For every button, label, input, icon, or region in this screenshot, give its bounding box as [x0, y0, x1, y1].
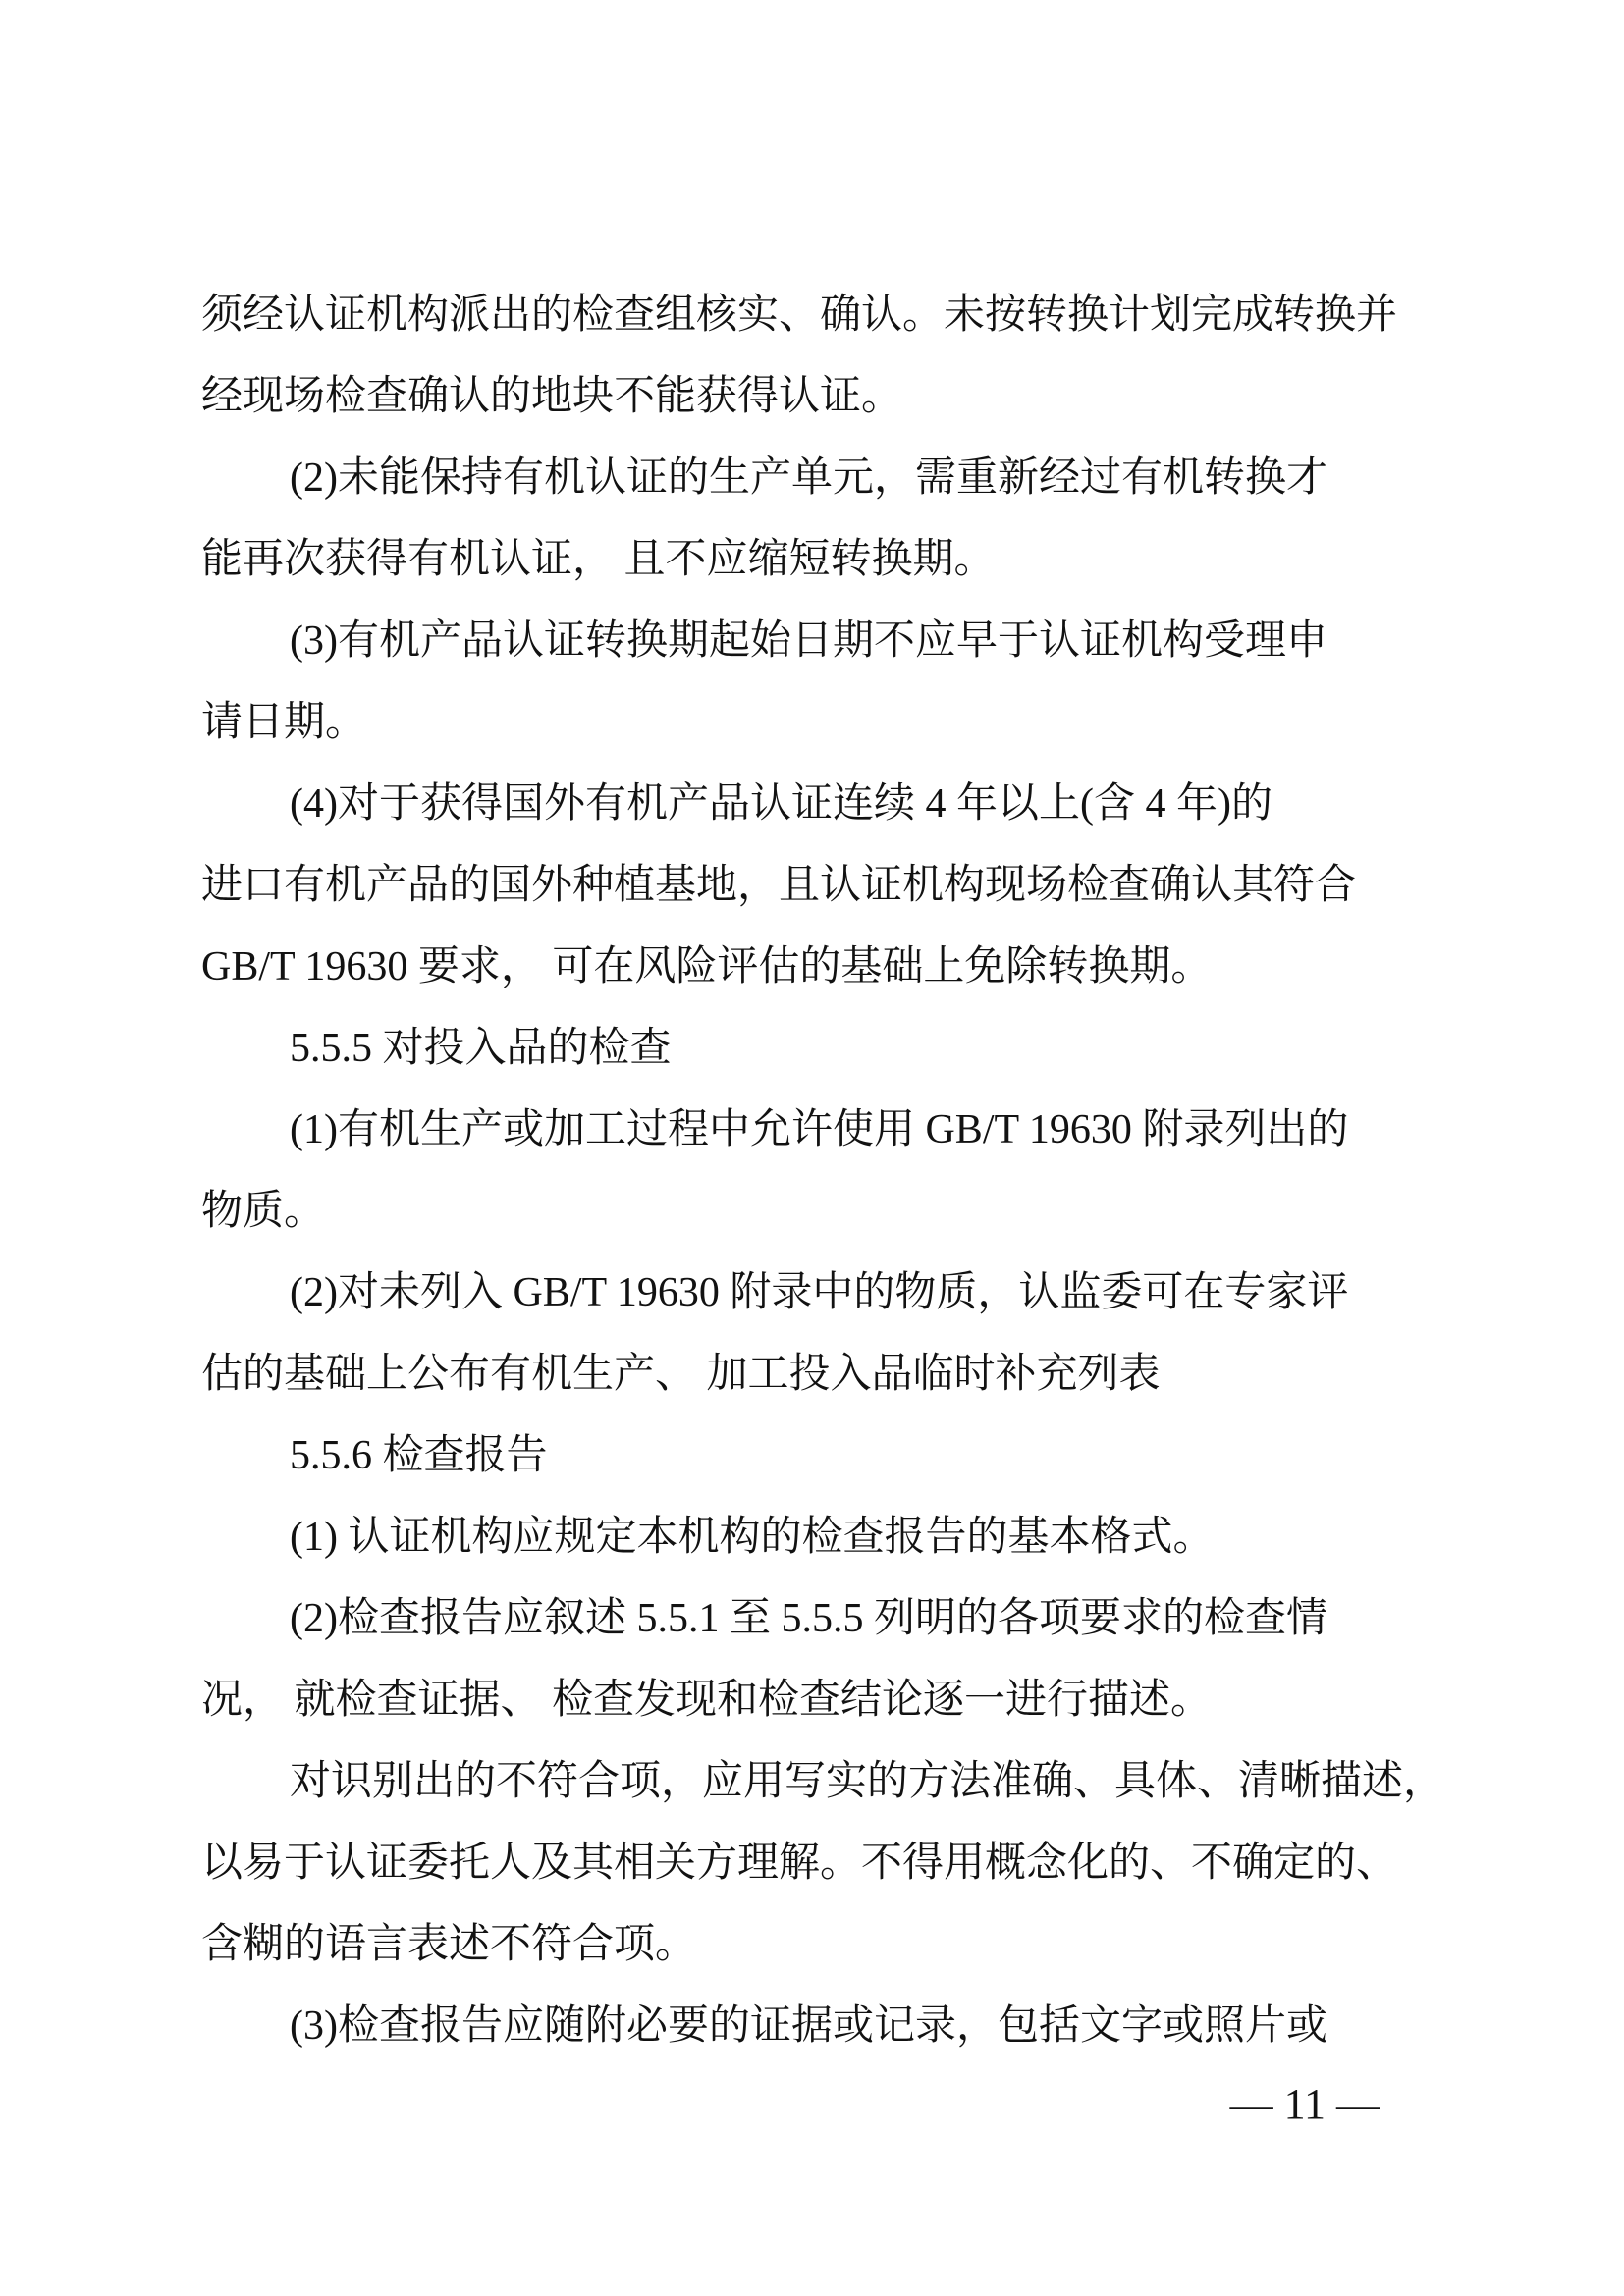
text-line: 以易于认证委托人及其相关方理解。不得用概念化的、不确定的、 — [201, 1823, 1438, 1904]
text-line: 物质。 — [201, 1171, 1438, 1253]
text-line: 5.5.6 检查报告 — [201, 1415, 1438, 1497]
text-line: 对识别出的不符合项，应用写实的方法准确、具体、清晰描述， — [201, 1741, 1438, 1823]
document-body: 须经认证机构派出的检查组核实、确认。未按转换计划完成转换并经现场检查确认的地块不… — [201, 275, 1438, 2067]
text-line: 估的基础上公布有机生产、 加工投入品临时补充列表 — [201, 1334, 1438, 1415]
text-line: (1)有机生产或加工过程中允许使用 GB/T 19630 附录列出的 — [201, 1090, 1438, 1171]
text-line: (3)检查报告应随附必要的证据或记录，包括文字或照片或 — [201, 1986, 1438, 2067]
text-line: (2)检查报告应叙述 5.5.1 至 5.5.5 列明的各项要求的检查情 — [201, 1578, 1438, 1660]
text-line: 5.5.5 对投入品的检查 — [201, 1008, 1438, 1090]
text-line: 须经认证机构派出的检查组核实、确认。未按转换计划完成转换并 — [201, 275, 1438, 356]
text-line: (1) 认证机构应规定本机构的检查报告的基本格式。 — [201, 1497, 1438, 1578]
text-line: 进口有机产品的国外种植基地，且认证机构现场检查确认其符合 — [201, 845, 1438, 927]
document-page: 须经认证机构派出的检查组核实、确认。未按转换计划完成转换并经现场检查确认的地块不… — [0, 0, 1624, 2296]
text-line: (2)未能保持有机认证的生产单元，需重新经过有机转换才 — [201, 438, 1438, 519]
text-line: 经现场检查确认的地块不能获得认证。 — [201, 356, 1438, 438]
text-line: 请日期。 — [201, 682, 1438, 764]
page-number: — 11 — — [1230, 2083, 1380, 2126]
text-line: (2)对未列入 GB/T 19630 附录中的物质，认监委可在专家评 — [201, 1253, 1438, 1334]
text-line: 况， 就检查证据、 检查发现和检查结论逐一进行描述。 — [201, 1660, 1438, 1741]
text-line: GB/T 19630 要求， 可在风险评估的基础上免除转换期。 — [201, 927, 1438, 1008]
text-line: 能再次获得有机认证， 且不应缩短转换期。 — [201, 519, 1438, 601]
text-line: (3)有机产品认证转换期起始日期不应早于认证机构受理申 — [201, 601, 1438, 682]
text-line: 含糊的语言表述不符合项。 — [201, 1904, 1438, 1986]
text-line: (4)对于获得国外有机产品认证连续 4 年以上(含 4 年)的 — [201, 764, 1438, 845]
